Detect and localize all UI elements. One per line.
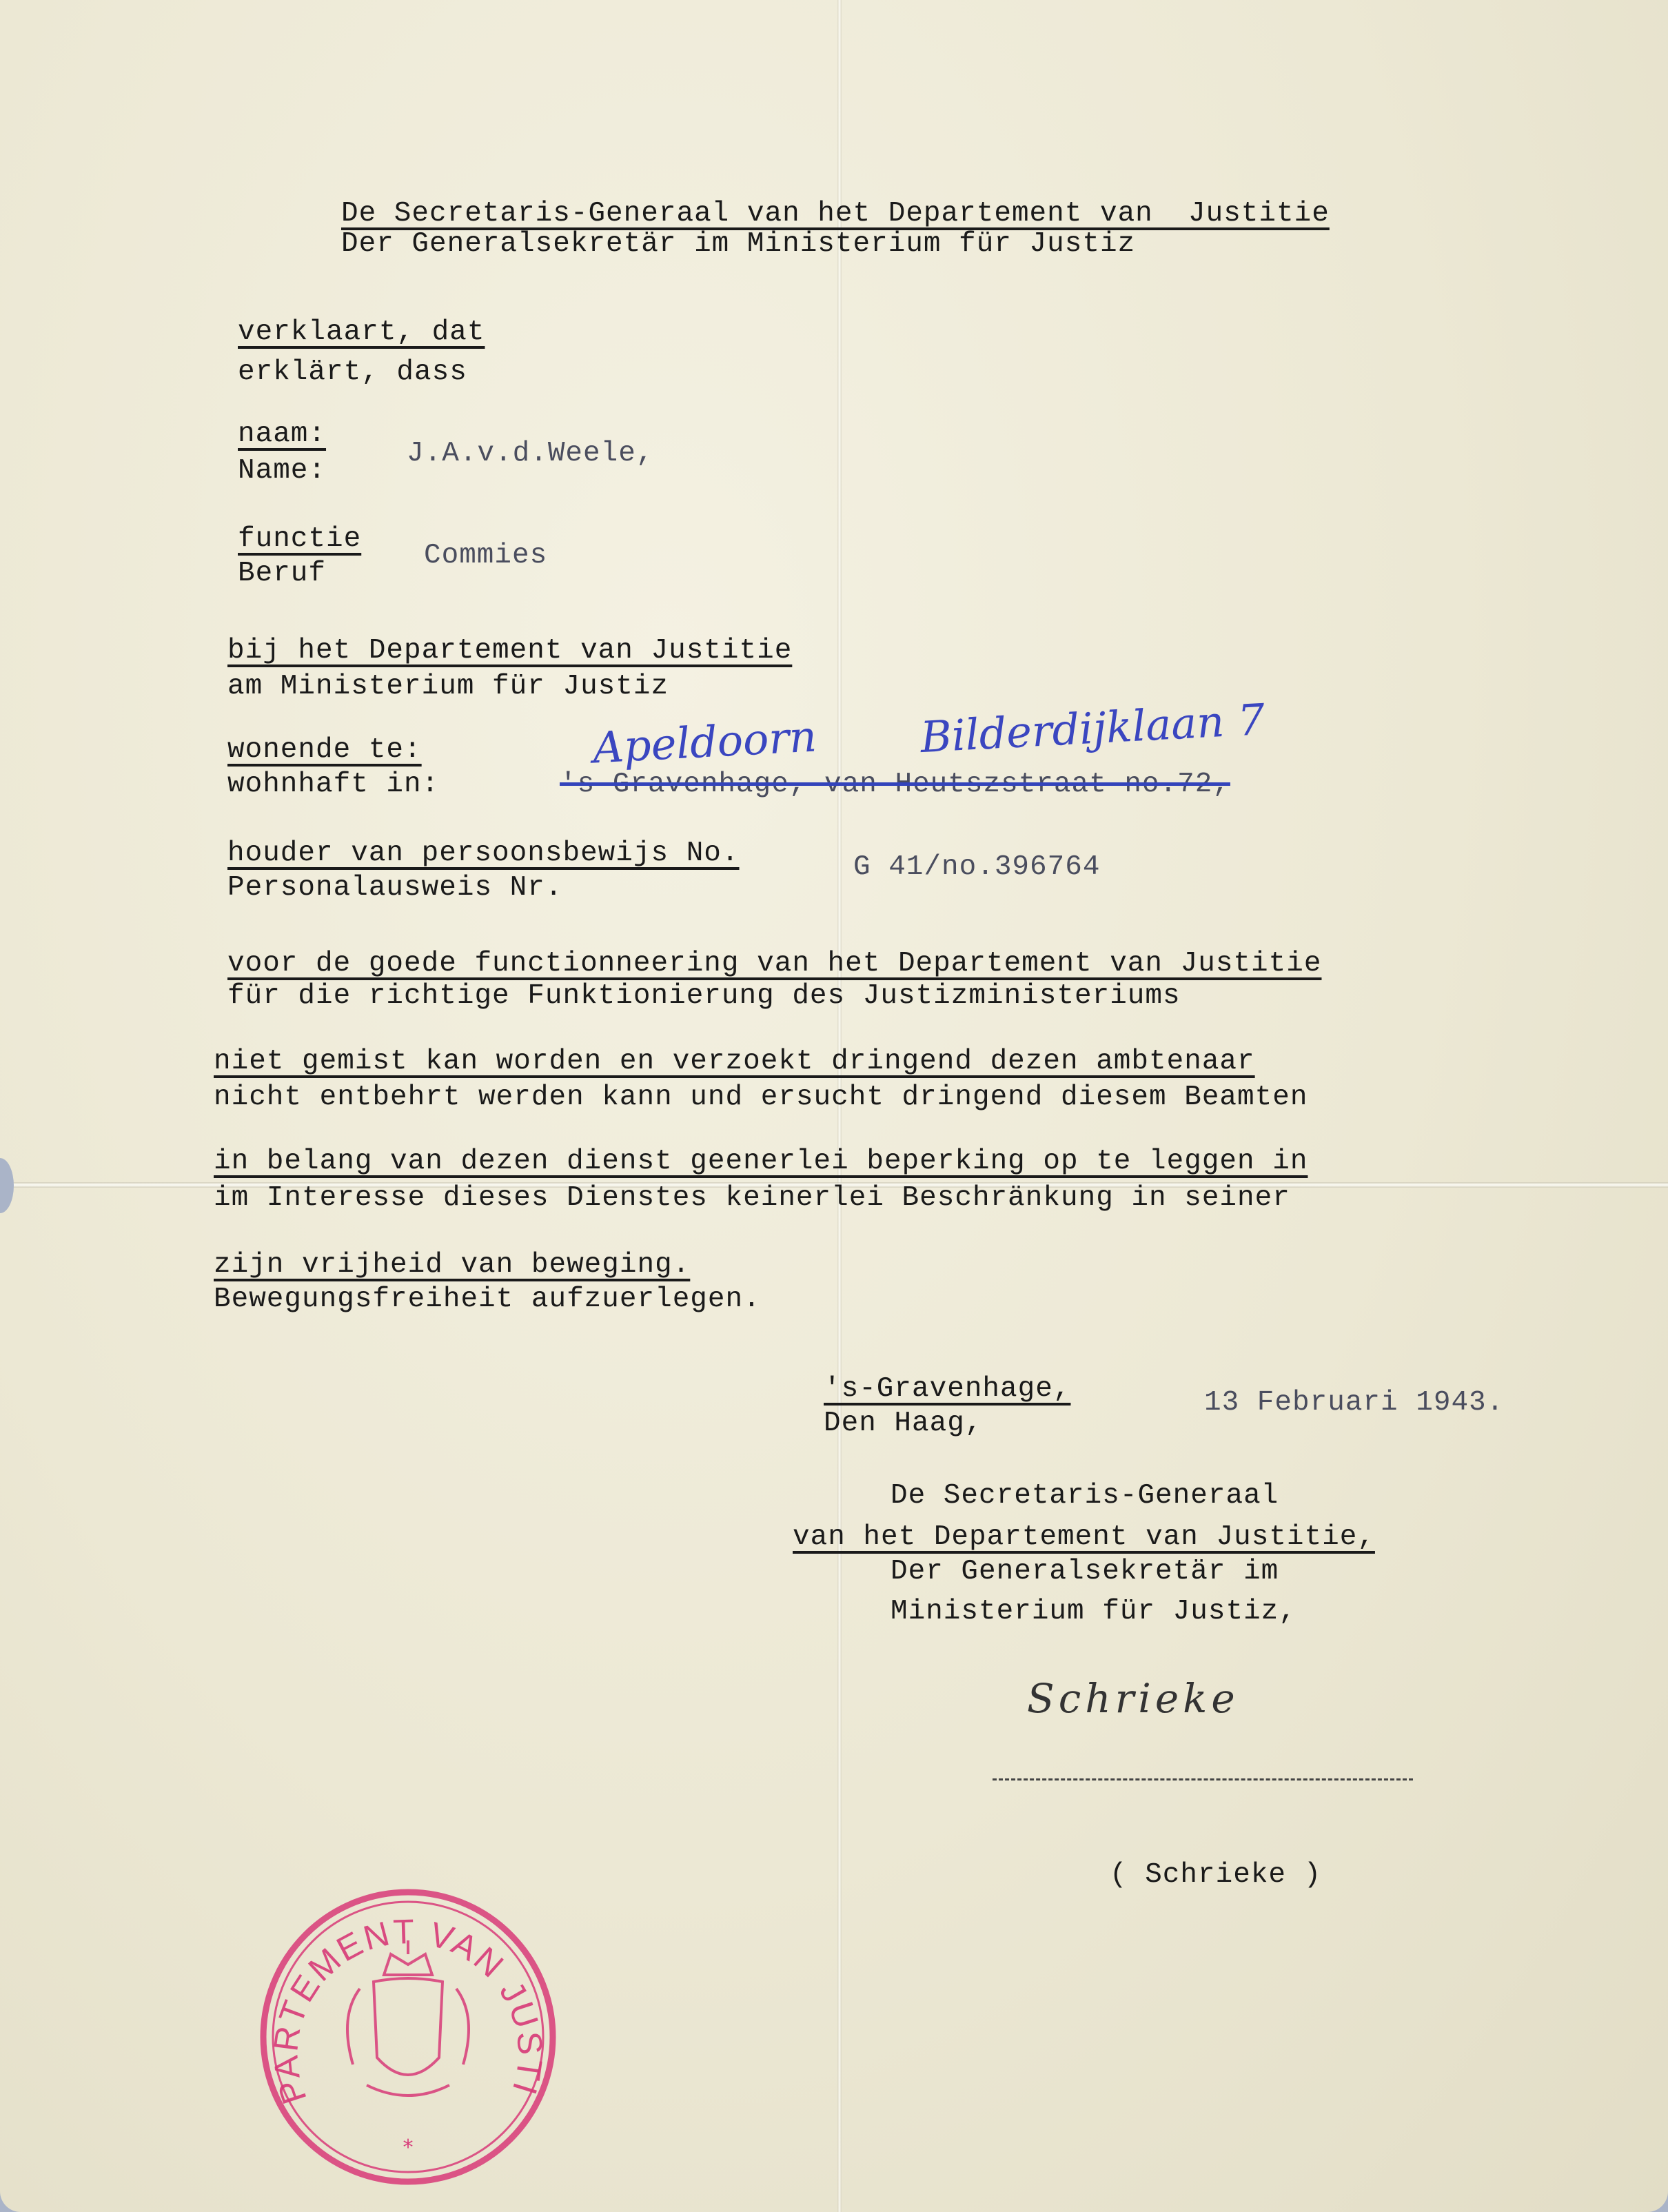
header-nl: De Secretaris-Generaal van het Departeme… — [341, 200, 1330, 228]
body-4-nl: zijn vrijheid van beweging. — [214, 1251, 690, 1279]
residence-label-de: wohnhaft in: — [227, 771, 439, 799]
closing-line-2: van het Departement van Justitie, — [793, 1523, 1375, 1552]
closing-line-3: Der Generalsekretär im — [891, 1558, 1279, 1586]
place-nl: 's-Gravenhage, — [824, 1375, 1070, 1403]
name-value: J.A.v.d.Weele, — [407, 440, 653, 468]
function-label-nl: functie — [238, 525, 361, 554]
department-stamp-icon: DEPARTEMENT VAN JUSTITIE * — [256, 1885, 560, 2189]
body-2-de: nicht entbehrt werden kann und ersucht d… — [214, 1084, 1308, 1112]
body-1-de: für die richtige Funktionierung des Just… — [227, 982, 1181, 1011]
header-de: Der Generalsekretär im Ministerium für J… — [341, 230, 1135, 258]
function-value: Commies — [424, 542, 547, 570]
date: 13 Februari 1943. — [1204, 1389, 1504, 1417]
body-4-de: Bewegungsfreiheit aufzuerlegen. — [214, 1286, 761, 1314]
id-label-de: Personalausweis Nr. — [227, 874, 562, 902]
place-de: Den Haag, — [824, 1410, 982, 1438]
declares-de: erklärt, dass — [238, 358, 467, 387]
body-2-nl: niet gemist kan worden en verzoekt dring… — [214, 1048, 1255, 1076]
department-nl: bij het Departement van Justitie — [227, 637, 792, 665]
id-value: G 41/no.396764 — [853, 853, 1100, 882]
name-label-de: Name: — [238, 457, 326, 485]
signature-line — [993, 1778, 1413, 1780]
body-1-nl: voor de goede functionneering van het De… — [227, 950, 1321, 978]
id-label-nl: houder van persoonsbewijs No. — [227, 840, 740, 868]
svg-text:*: * — [403, 2135, 414, 2160]
residence-typed-struck: 's-Gravenhage, van Heutszstraat no.72, — [560, 771, 1230, 799]
declares-nl: verklaart, dat — [238, 318, 485, 347]
name-label-nl: naam: — [238, 420, 326, 449]
signatory-name: ( Schrieke ) — [1110, 1861, 1321, 1889]
function-label-de: Beruf — [238, 560, 326, 588]
body-3-nl: in belang van dezen dienst geenerlei bep… — [214, 1148, 1308, 1176]
closing-line-4: Ministerium für Justiz, — [891, 1598, 1296, 1626]
body-3-de: im Interesse dieses Dienstes keinerlei B… — [214, 1184, 1290, 1212]
handwritten-signature: Schrieke — [1027, 1675, 1239, 1722]
closing-line-1: De Secretaris-Generaal — [891, 1482, 1279, 1510]
department-de: am Ministerium für Justiz — [227, 673, 669, 701]
residence-label-nl: wonende te: — [227, 736, 422, 764]
